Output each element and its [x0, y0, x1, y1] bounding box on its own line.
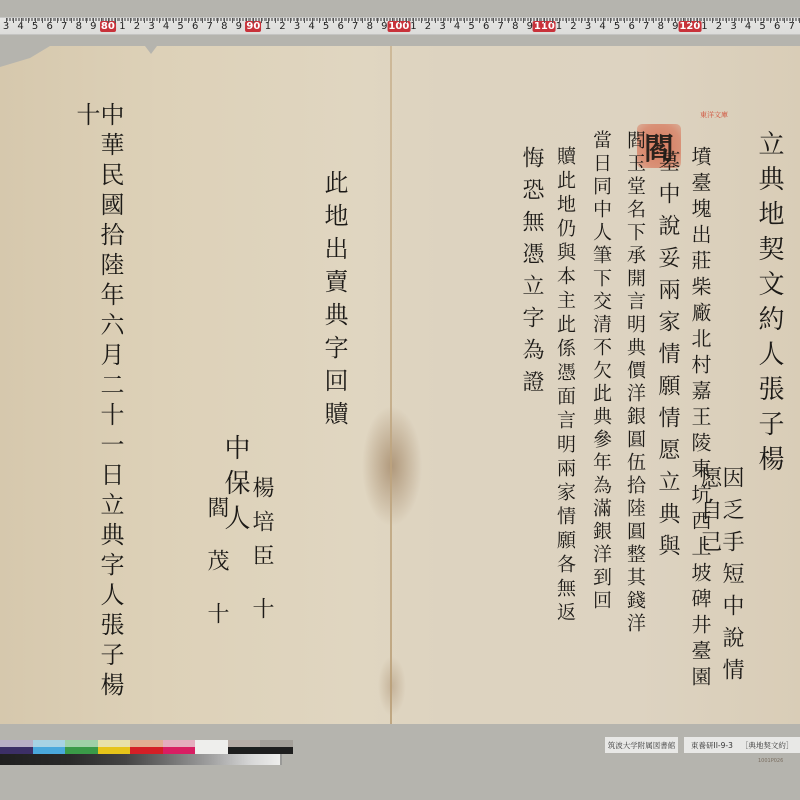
- witness-name-1: 楊培臣 十: [250, 476, 272, 696]
- shelf-mark: 東養研II-9-3: [691, 740, 733, 751]
- color-swatch: [65, 740, 98, 754]
- library-name: 筑波大学附属図書館: [608, 740, 676, 751]
- contract-column-1: 立典地契文約人張子楊: [756, 130, 782, 720]
- date-signature-column: 中華民國拾陸年六月二十一日立典字人張子楊 十: [74, 102, 122, 742]
- torn-notch: [145, 46, 157, 54]
- contract-column-7: 贖此地仍與本主此係憑面言明兩家情願各無返: [555, 146, 574, 746]
- color-swatch: [228, 740, 261, 754]
- center-fold: [390, 46, 392, 724]
- library-label: 筑波大学附属図書館: [605, 737, 678, 753]
- contract-column-8: 悔恐無憑立字為證: [520, 146, 542, 446]
- contract-column-6: 當日同中人筆下交清不欠此典參年為滿銀洋到回: [591, 130, 610, 750]
- witness-name-2: 閻 茂 十: [205, 496, 227, 636]
- color-calibration-chart: [0, 740, 282, 765]
- color-swatch: [0, 740, 33, 754]
- color-swatch: [130, 740, 163, 754]
- color-swatch: [98, 740, 131, 754]
- grayscale-strip: [0, 754, 280, 765]
- library-stamp: 東洋文庫: [700, 110, 728, 120]
- color-swatch: [33, 740, 66, 754]
- contract-column-4: 墓中說妥兩家情願情愿立典與: [656, 150, 678, 630]
- color-swatch: [163, 740, 196, 754]
- item-title: ［典地契文約］: [741, 740, 794, 751]
- measuring-ruler: 3456789801234567899012345678910012345678…: [0, 17, 800, 35]
- contract-column-5: 閻玉堂名下承開言明典價洋銀圓伍拾陸圓整其錢洋: [625, 130, 644, 750]
- color-swatches: [0, 740, 293, 754]
- paper-id-number: 1001P026: [758, 758, 783, 764]
- document-paper: 東洋文庫 閻 立典地契文約人張子楊 因乏手短中說情愿自已 墳臺塊出莊柴廠北村嘉王…: [0, 46, 800, 724]
- torn-edge: [0, 46, 50, 76]
- color-swatch: [260, 740, 293, 754]
- contract-column-3: 墳臺塊出莊柴廠北村嘉王陵東坑西上坡碑井臺園: [690, 146, 710, 786]
- catalog-label: 東養研II-9-3 ［典地契文約］ 1000301592: [684, 737, 800, 753]
- note-column: 此地出賣典字回贖: [322, 170, 346, 490]
- color-swatch: [195, 740, 228, 754]
